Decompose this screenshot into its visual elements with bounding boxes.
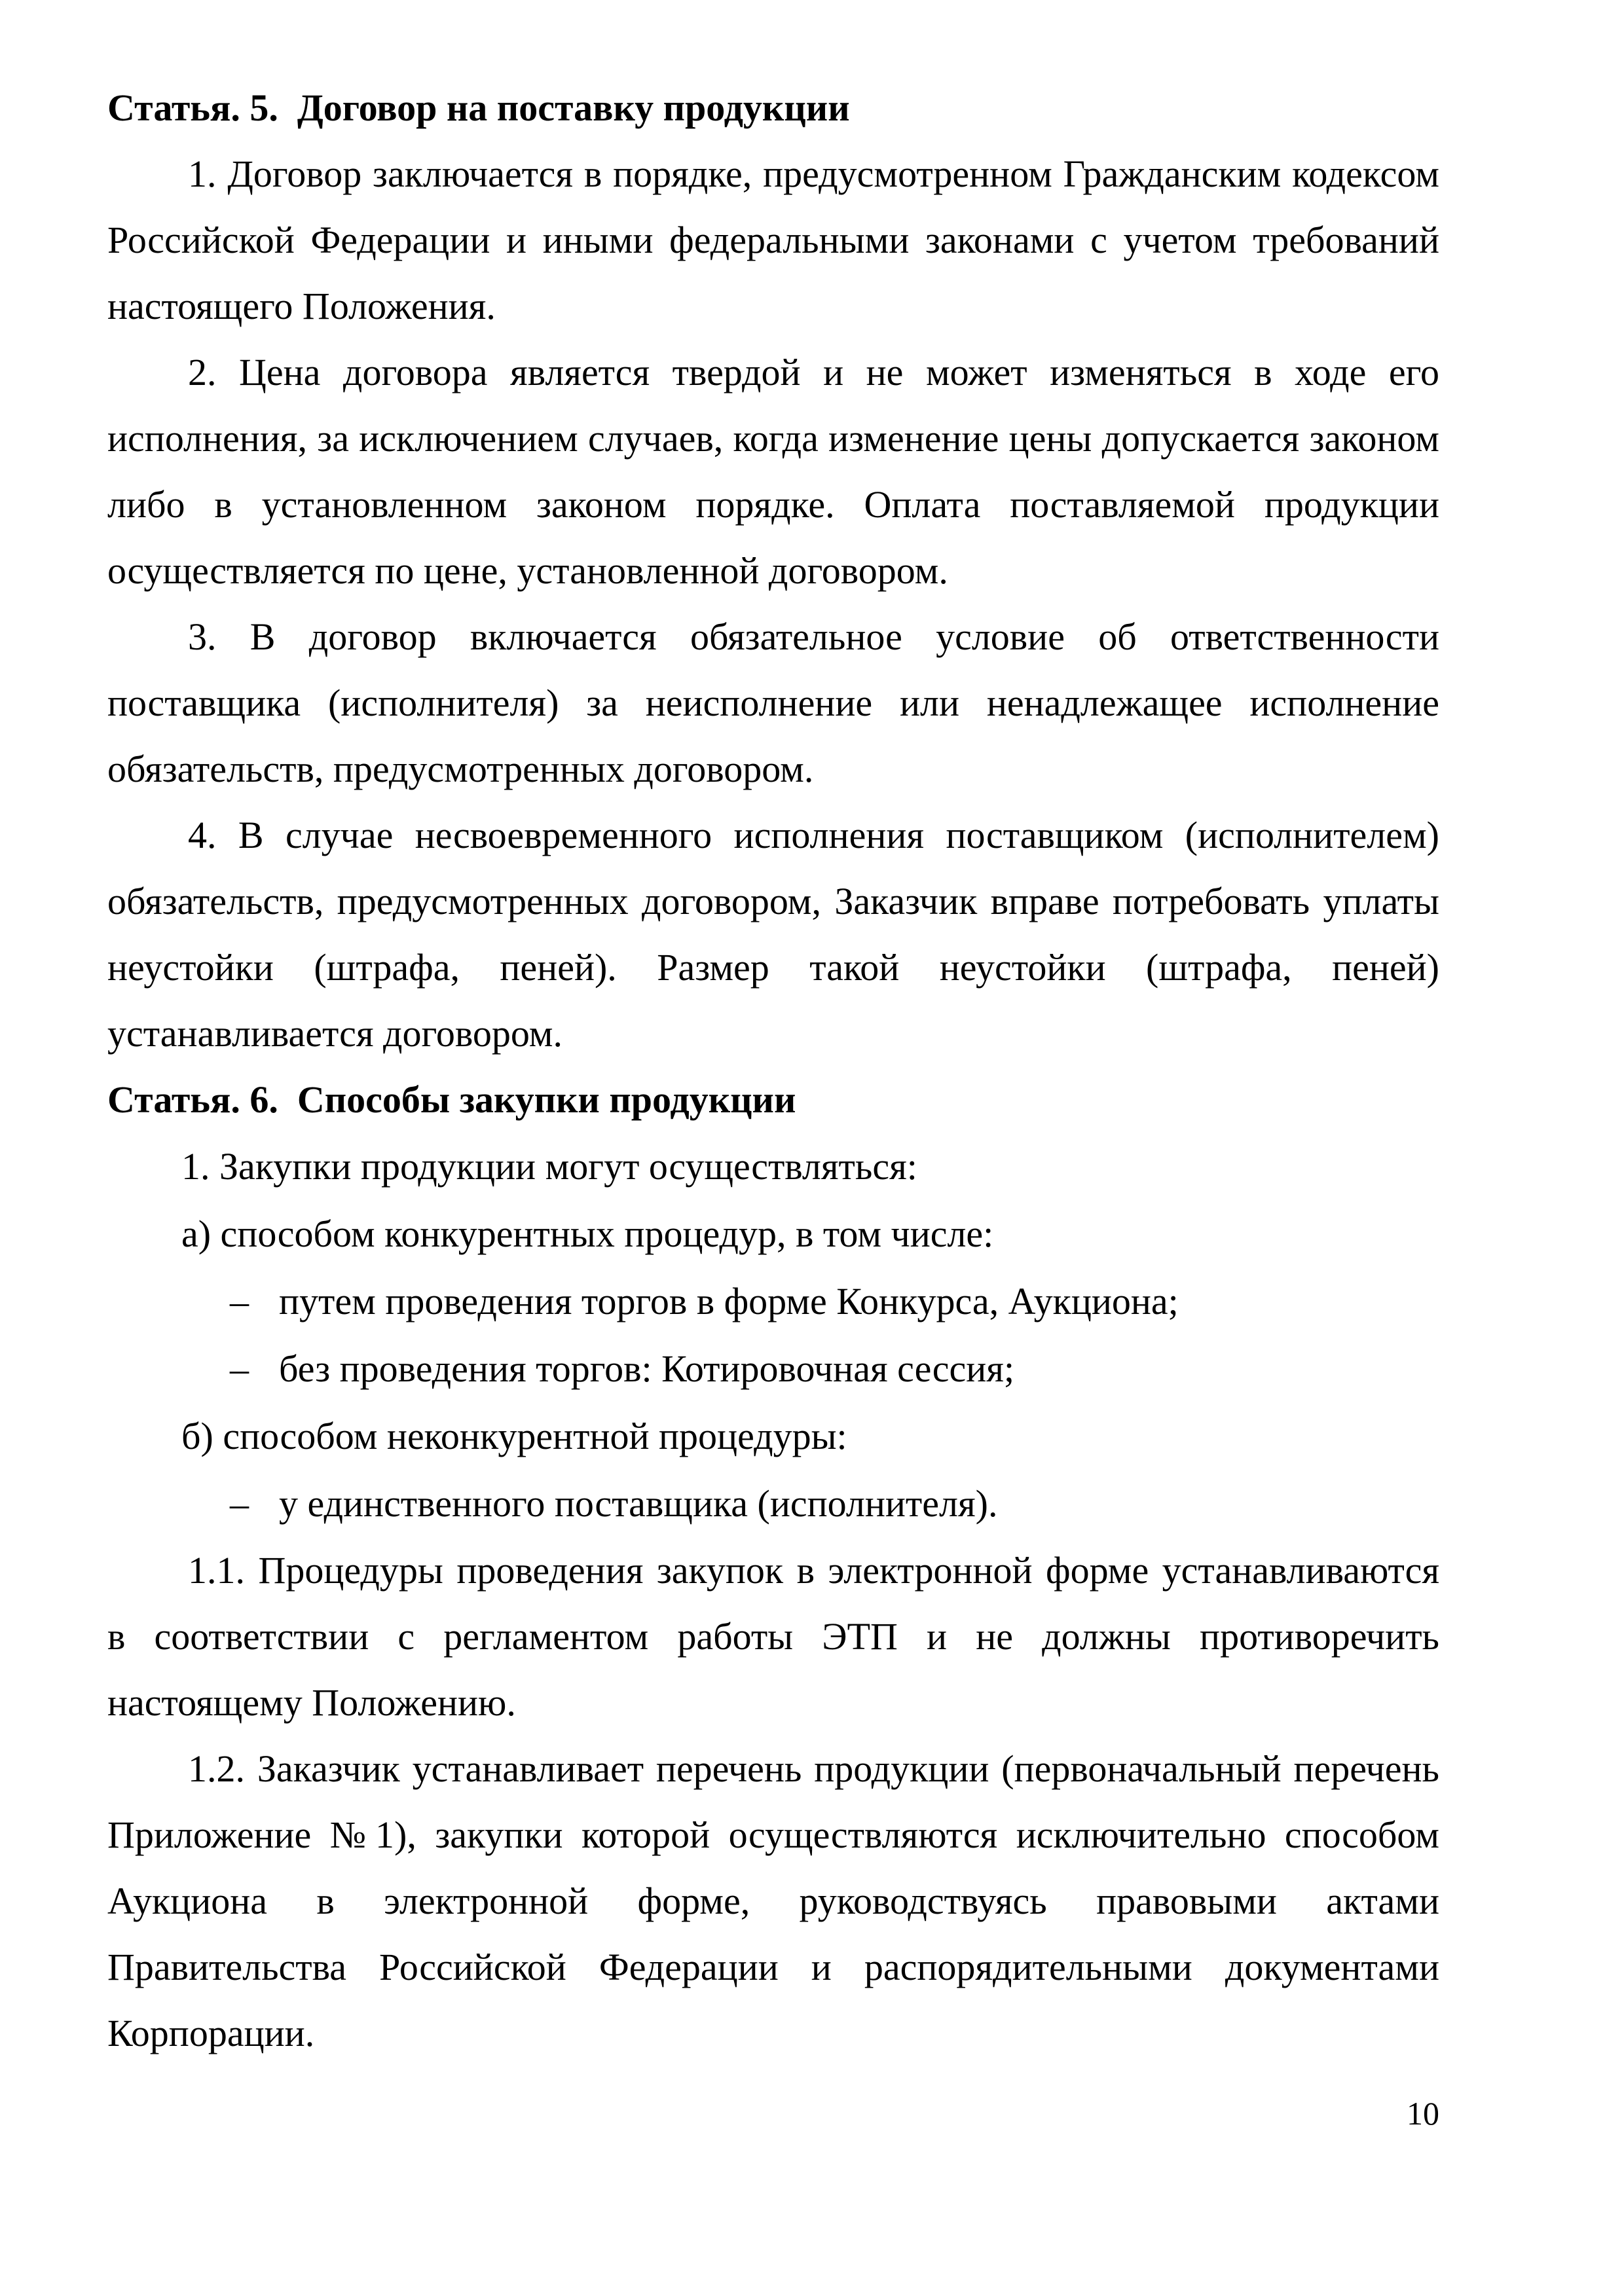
article-6-intro: 1. Закупки продукции могут осуществлятьс… bbox=[107, 1133, 1439, 1200]
article-5-paragraph-3: 3. В договор включается обязательное усл… bbox=[107, 604, 1439, 802]
dash-bullet-icon: – bbox=[230, 1470, 249, 1537]
list-item: – у единственного поставщика (исполнител… bbox=[107, 1470, 1439, 1537]
document-page: Статья. 5. Договор на поставку продукции… bbox=[0, 0, 1624, 2296]
article-6-paragraph-1-2: 1.2. Заказчик устанавливает перечень про… bbox=[107, 1736, 1439, 2066]
dash-bullet-icon: – bbox=[230, 1335, 249, 1402]
article-6-paragraph-1-1: 1.1. Процедуры проведения закупок в элек… bbox=[107, 1537, 1439, 1736]
list-item: – без проведения торгов: Котировочная се… bbox=[107, 1335, 1439, 1402]
list-item: – путем проведения торгов в форме Конкур… bbox=[107, 1267, 1439, 1335]
article-5-paragraph-2: 2. Цена договора является твердой и не м… bbox=[107, 339, 1439, 604]
list-item-text: у единственного поставщика (исполнителя)… bbox=[279, 1482, 997, 1525]
list-item-text: без проведения торгов: Котировочная сесс… bbox=[279, 1347, 1014, 1390]
list-item-text: путем проведения торгов в форме Конкурса… bbox=[279, 1280, 1179, 1322]
page-number: 10 bbox=[1407, 2094, 1439, 2133]
article-5-heading: Статья. 5. Договор на поставку продукции bbox=[107, 75, 1439, 141]
option-a: а) способом конкурентных процедур, в том… bbox=[107, 1200, 1439, 1267]
article-5-paragraph-4: 4. В случае несвоевременного исполнения … bbox=[107, 802, 1439, 1066]
article-5-paragraph-1: 1. Договор заключается в порядке, предус… bbox=[107, 141, 1439, 339]
article-6-heading: Статья. 6. Способы закупки продукции bbox=[107, 1066, 1439, 1133]
dash-bullet-icon: – bbox=[230, 1267, 249, 1335]
option-b: б) способом неконкурентной процедуры: bbox=[107, 1402, 1439, 1470]
page-content: Статья. 5. Договор на поставку продукции… bbox=[107, 75, 1439, 2066]
